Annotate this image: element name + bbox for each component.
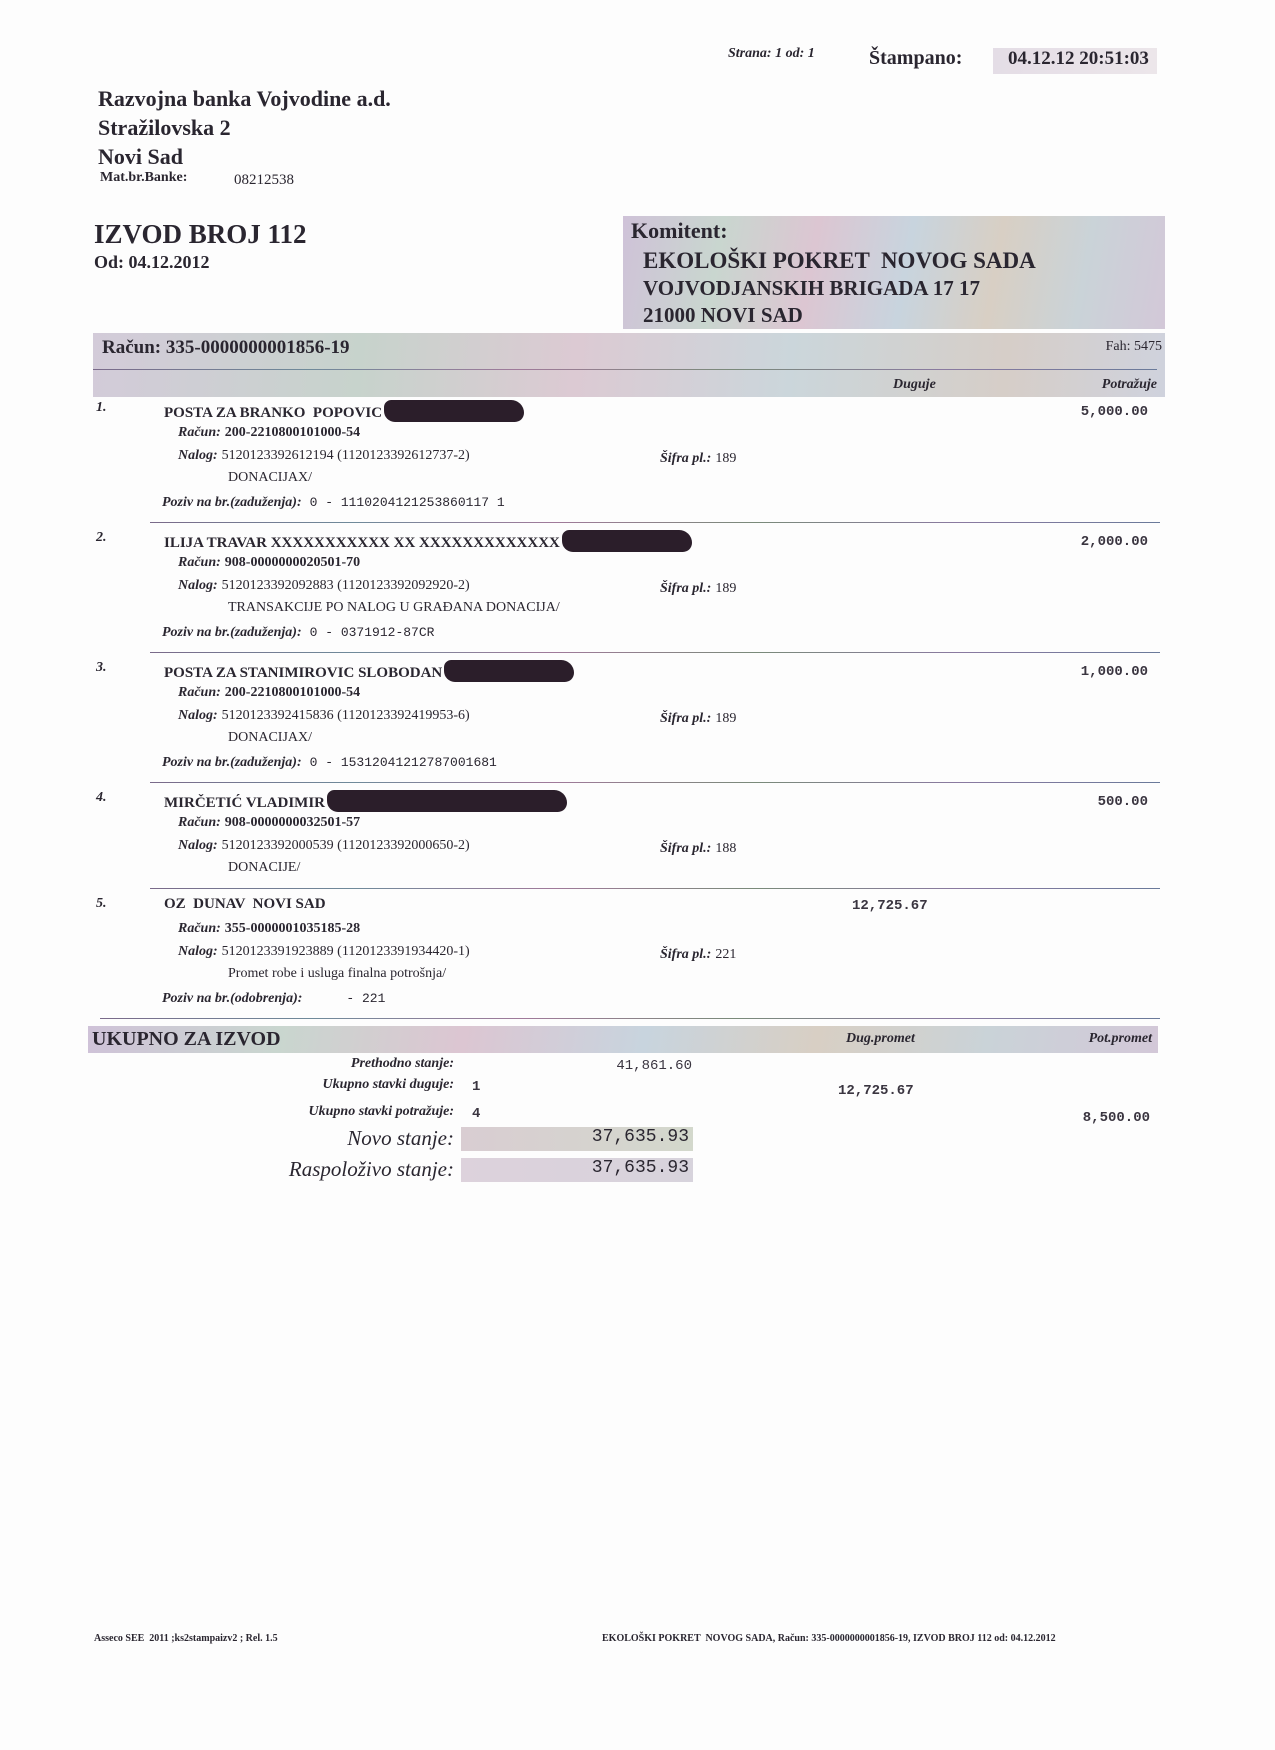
summary-credit-turnover-label: Pot.promet <box>1089 1031 1152 1047</box>
payment-code-value: 189 <box>715 581 736 596</box>
item-payment-code: Šifra pl.: 221 <box>660 945 736 963</box>
available-balance-value: 37,635.93 <box>461 1158 693 1182</box>
reference-label: Poziv na br.(zaduženja): <box>162 625 302 640</box>
item-order: Nalog: 5120123392415836 (112012339241995… <box>178 706 470 724</box>
client-label: Komitent: <box>631 218 728 244</box>
item-account-value: 200-2210800101000-54 <box>225 425 360 440</box>
item-order-label: Nalog: <box>178 578 218 593</box>
debit-count-label: Ukupno stavki duguje: <box>250 1077 454 1093</box>
item-number: 4. <box>96 790 107 806</box>
item-order-label: Nalog: <box>178 448 218 463</box>
bank-name: Razvojna banka Vojvodine a.d. <box>98 86 391 112</box>
payment-code-value: 189 <box>715 451 736 466</box>
item-credit-amount: 2,000.00 <box>1000 534 1148 550</box>
item-account-label: Račun: <box>178 685 221 700</box>
item-account: Račun: 908-0000000020501-70 <box>178 553 360 571</box>
item-credit-amount: 500.00 <box>1000 794 1148 810</box>
payment-code-value: 189 <box>715 711 736 726</box>
payment-code-label: Šifra pl.: <box>660 581 711 596</box>
summary-title: UKUPNO ZA IZVOD <box>92 1028 281 1051</box>
item-account-label: Račun: <box>178 815 221 830</box>
item-divider <box>150 652 1160 653</box>
credit-count-value: 4 <box>472 1106 480 1122</box>
redaction-mark <box>562 530 692 552</box>
item-purpose: TRANSAKCIJE PO NALOG U GRAĐANA DONACIJA/ <box>228 600 560 616</box>
item-payee-name: MIRČETIĆ VLADIMIR <box>164 795 325 811</box>
item-payment-code: Šifra pl.: 188 <box>660 839 736 857</box>
item-order-label: Nalog: <box>178 708 218 723</box>
bank-city: Novi Sad <box>98 144 183 170</box>
reference-value: 0 - 15312041212787001681 <box>310 755 497 770</box>
item-order: Nalog: 5120123392612194 (112012339261273… <box>178 446 470 464</box>
item-purpose: DONACIJAX/ <box>228 470 312 486</box>
redaction-mark <box>384 400 524 422</box>
item-order: Nalog: 5120123392092883 (112012339209292… <box>178 576 470 594</box>
page-total: 1 <box>808 46 815 61</box>
item-account-label: Račun: <box>178 921 221 936</box>
item-purpose: DONACIJAX/ <box>228 730 312 746</box>
summary-bar: UKUPNO ZA IZVOD Dug.promet Pot.promet <box>88 1026 1158 1053</box>
new-balance-label: Novo stanje: <box>250 1126 454 1151</box>
page-indicator: Strana: 1 od: 1 <box>728 46 815 62</box>
item-payee-name: ILIJA TRAVAR XXXXXXXXXXX XX XXXXXXXXXXXX… <box>164 535 560 551</box>
client-box: Komitent: EKOLOŠKI POKRET NOVOG SADA VOJ… <box>623 216 1165 329</box>
page-label: Strana: <box>728 46 772 61</box>
item-payment-code: Šifra pl.: 189 <box>660 709 736 727</box>
item-number: 3. <box>96 660 107 676</box>
item-divider <box>150 522 1160 523</box>
item-account: Račun: 908-0000000032501-57 <box>178 813 360 831</box>
page-current: 1 <box>775 46 782 61</box>
account-bar-divider <box>93 369 1157 370</box>
item-order-value: 5120123391923889 (1120123391934420-1) <box>222 944 470 959</box>
reference-label: Poziv na br.(odobrenja): <box>162 991 302 1006</box>
payment-code-value: 221 <box>715 947 736 962</box>
item-order: Nalog: 5120123391923889 (112012339193442… <box>178 942 470 960</box>
payment-code-value: 188 <box>715 841 736 856</box>
column-header-credit: Potražuje <box>1102 377 1157 393</box>
item-account: Račun: 355-0000001035185-28 <box>178 919 360 937</box>
statement-title: IZVOD BROJ 112 <box>94 219 307 250</box>
item-number: 2. <box>96 530 107 546</box>
summary-debit-turnover-label: Dug.promet <box>846 1031 915 1047</box>
item-purpose: Promet robe i usluga finalna potrošnja/ <box>228 966 446 982</box>
printed-label: Štampano: <box>869 47 962 70</box>
account-number: Račun: 335-0000000001856-19 <box>102 337 350 359</box>
item-order-label: Nalog: <box>178 944 218 959</box>
item-divider <box>150 888 1160 889</box>
item-payee-name: OZ DUNAV NOVI SAD <box>164 896 326 912</box>
reference-label: Poziv na br.(zaduženja): <box>162 755 302 770</box>
item-purpose: DONACIJE/ <box>228 860 300 876</box>
item-reference: Poziv na br.(odobrenja): - 221 <box>162 989 385 1007</box>
item-account: Račun: 200-2210800101000-54 <box>178 423 360 441</box>
item-payee: MIRČETIĆ VLADIMIR <box>164 790 567 812</box>
credit-count-label: Ukupno stavki potražuje: <box>240 1104 454 1120</box>
item-account-value: 200-2210800101000-54 <box>225 685 360 700</box>
item-divider <box>150 782 1160 783</box>
previous-balance-value: 41,861.60 <box>560 1058 692 1074</box>
payment-code-label: Šifra pl.: <box>660 711 711 726</box>
item-number: 1. <box>96 400 107 416</box>
item-order-value: 5120123392092883 (1120123392092920-2) <box>222 578 470 593</box>
reference-value: 0 - 0371912-87CR <box>310 625 435 640</box>
item-order-label: Nalog: <box>178 838 218 853</box>
client-city: 21000 NOVI SAD <box>643 303 803 328</box>
item-account-label: Račun: <box>178 425 221 440</box>
credit-turnover-value: 8,500.00 <box>1000 1110 1150 1126</box>
account-bar: Račun: 335-0000000001856-19 Fah: 5475 Du… <box>93 333 1165 397</box>
fah-number: Fah: 5475 <box>1106 339 1162 355</box>
item-payee: POSTA ZA BRANKO POPOVIC <box>164 400 524 422</box>
item-debit-amount: 12,725.67 <box>852 898 928 914</box>
column-header-debit: Duguje <box>893 377 936 393</box>
item-payee-name: POSTA ZA BRANKO POPOVIC <box>164 405 382 421</box>
footer-statement-ref: EKOLOŠKI POKRET NOVOG SADA, Račun: 335-0… <box>602 1633 1056 1644</box>
item-payee: POSTA ZA STANIMIROVIC SLOBODAN <box>164 660 574 682</box>
new-balance-value: 37,635.93 <box>461 1127 693 1151</box>
item-credit-amount: 5,000.00 <box>1000 404 1148 420</box>
item-reference: Poziv na br.(zaduženja): 0 - 11102041212… <box>162 493 505 511</box>
payment-code-label: Šifra pl.: <box>660 947 711 962</box>
bank-reg-label: Mat.br.Banke: <box>100 170 187 186</box>
bank-reg-value: 08212538 <box>234 172 294 189</box>
item-account-value: 355-0000001035185-28 <box>225 921 360 936</box>
reference-label: Poziv na br.(zaduženja): <box>162 495 302 510</box>
statement-date: Od: 04.12.2012 <box>94 252 210 273</box>
payment-code-label: Šifra pl.: <box>660 841 711 856</box>
item-payee-name: POSTA ZA STANIMIROVIC SLOBODAN <box>164 665 442 681</box>
item-reference: Poziv na br.(zaduženja): 0 - 0371912-87C… <box>162 623 434 641</box>
client-name: EKOLOŠKI POKRET NOVOG SADA <box>643 248 1036 274</box>
payment-code-label: Šifra pl.: <box>660 451 711 466</box>
redaction-mark <box>444 660 574 682</box>
item-order-value: 5120123392415836 (1120123392419953-6) <box>222 708 470 723</box>
redaction-mark <box>327 790 567 812</box>
available-balance-label: Raspoloživo stanje: <box>230 1157 454 1182</box>
reference-value: - 221 <box>346 991 385 1006</box>
item-payee: ILIJA TRAVAR XXXXXXXXXXX XX XXXXXXXXXXXX… <box>164 530 692 552</box>
summary-divider <box>100 1018 1160 1019</box>
printed-value: 04.12.12 20:51:03 <box>993 48 1157 74</box>
item-reference: Poziv na br.(zaduženja): 0 - 15312041212… <box>162 753 497 771</box>
previous-balance-label: Prethodno stanje: <box>290 1056 454 1072</box>
item-payment-code: Šifra pl.: 189 <box>660 579 736 597</box>
item-credit-amount: 1,000.00 <box>1000 664 1148 680</box>
bank-street: Stražilovska 2 <box>98 115 231 141</box>
reference-value: 0 - 1110204121253860117 1 <box>310 495 505 510</box>
debit-turnover-value: 12,725.67 <box>838 1083 914 1099</box>
item-number: 5. <box>96 896 107 912</box>
item-order: Nalog: 5120123392000539 (112012339200065… <box>178 836 470 854</box>
client-street: VOJVODJANSKIH BRIGADA 17 17 <box>643 276 980 301</box>
item-order-value: 5120123392612194 (1120123392612737-2) <box>222 448 470 463</box>
item-account-value: 908-0000000020501-70 <box>225 555 360 570</box>
item-payee: OZ DUNAV NOVI SAD <box>164 896 326 913</box>
footer-software: Asseco SEE 2011 ;ks2stampaizv2 ; Rel. 1.… <box>94 1633 278 1644</box>
item-order-value: 5120123392000539 (1120123392000650-2) <box>222 838 470 853</box>
item-account-label: Račun: <box>178 555 221 570</box>
item-account-value: 908-0000000032501-57 <box>225 815 360 830</box>
debit-count-value: 1 <box>472 1079 480 1095</box>
page-of-label: od: <box>786 46 805 61</box>
item-payment-code: Šifra pl.: 189 <box>660 449 736 467</box>
item-account: Račun: 200-2210800101000-54 <box>178 683 360 701</box>
